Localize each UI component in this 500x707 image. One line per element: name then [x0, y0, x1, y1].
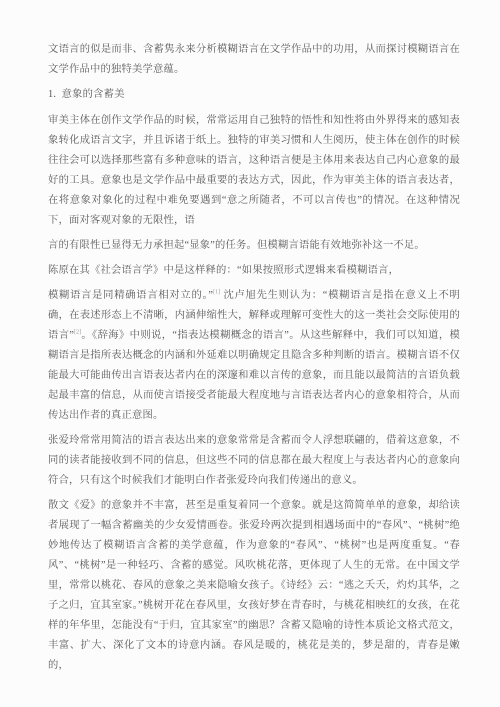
document-page: 文语言的似是而非、含蓄隽永来分析模糊语言在文学作品中的功用，从而探讨模糊语言在文…: [0, 0, 500, 707]
paragraph-essay-love: 散文《爱》的意象并不丰富，甚至是重复着同一个意象。就是这简简单单的意象，却给读者…: [48, 496, 460, 676]
paragraph-language-limits: 言的有限性已显得无力承担起“显象”的任务。但模糊言语能有效地弥补这一不足。: [48, 236, 460, 256]
paragraph-intro: 文语言的似是而非、含蓄隽永来分析模糊语言在文学作品中的功用，从而探讨模糊语言在文…: [48, 40, 460, 80]
paragraph-chen-yuan: 陈原在其《社会语言学》中是这样释的：“如果按照形式逻辑来看模糊语言，: [48, 261, 460, 281]
definitions-text-3: 。《辞海》中则说，“指表达模糊概念的语言”。从这些解释中，我们可以知道，模糊语言…: [48, 330, 460, 421]
section-heading: 1. 意象的含蓄美: [48, 85, 460, 105]
definitions-text-1: 模糊语言是同精确语言相对立的。”: [48, 290, 213, 301]
paragraph-definitions: 模糊语言是同精确语言相对立的。”[1] 沈卢旭先生则认为：“模糊语言是指在意义上…: [48, 286, 460, 426]
paragraph-aesthetic-subject: 审美主体在创作文学作品的时候，常常运用自己独特的悟性和知性将由外界得来的感知表象…: [48, 111, 460, 231]
paragraph-zhang-ailing: 张爱玲常常用简洁的语言表达出来的意象常常是含蓄而令人浮想联翩的，借着这意象，不同…: [48, 431, 460, 491]
